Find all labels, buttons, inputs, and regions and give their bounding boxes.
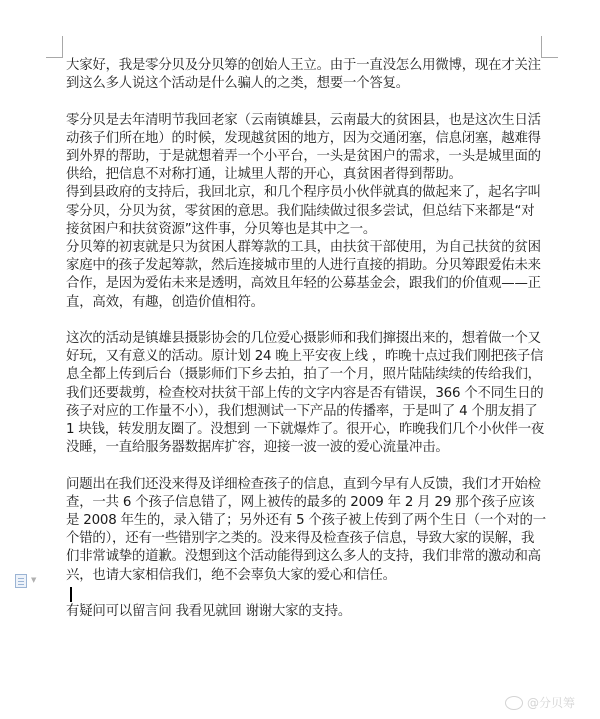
chevron-down-icon[interactable]: ▼ [31,576,36,584]
cursor-line[interactable] [66,585,546,603]
paragraph-intro: 大家好，我是零分贝及分贝筹的创始人王立。由于一直没怎么用微博，现在才关注到这么多… [66,57,546,93]
weibo-logo-icon [505,696,523,710]
paragraph-closing: 有疑问可以留言问 我看见就回 谢谢大家的支持。 [66,603,546,621]
page-margin-corner-top-left [46,36,63,58]
page-margin-corner-top-right [541,36,558,58]
text-cursor [70,587,72,602]
document-body[interactable]: 大家好，我是零分贝及分贝筹的创始人王立。由于一直没怎么用微博，现在才关注到这么多… [66,57,546,621]
paragraph-apology: 问题出在我们还没来得及详细检查孩子的信息，直到今早有人反馈，我们才开始检查，一共… [66,476,546,585]
paste-options-icon[interactable] [15,574,27,588]
paragraph-activity: 这次的活动是镇雄县摄影协会的几位爱心摄影师和我们撺掇出来的，想着做一个又好玩，又… [66,330,546,457]
weibo-watermark: @分贝筹 [505,694,575,711]
blank-line [66,457,546,475]
watermark-text: @分贝筹 [527,694,575,711]
paragraph-naming: 得到县政府的支持后，我回北京，和几个程序员小伙伴就真的做起来了，起名字叫零分贝，… [66,184,546,239]
paragraph-origin: 零分贝是去年清明节我回老家（云南镇雄县，云南最大的贫困县，也是这次生日活动孩子们… [66,112,546,185]
blank-line [66,93,546,111]
paragraph-purpose: 分贝筹的初衷就是只为贫困人群筹款的工具，由扶贫干部使用，为自己扶贫的贫困家庭中的… [66,239,546,312]
blank-line [66,312,546,330]
